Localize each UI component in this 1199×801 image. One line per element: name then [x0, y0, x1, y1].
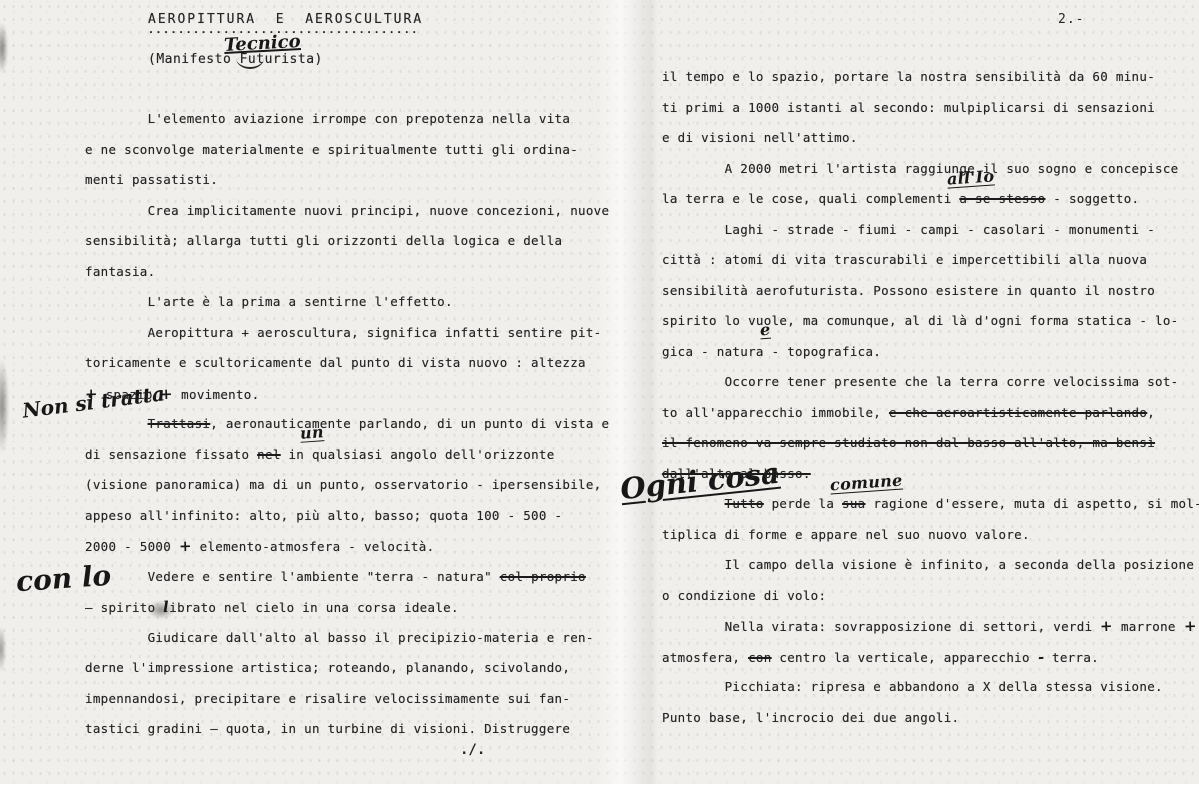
struck-text: nel — [257, 447, 280, 462]
handwritten-annotation: all'Io — [946, 161, 995, 195]
handwritten-mark: + — [84, 378, 98, 409]
typescript-line: 2000 - 5000 + elemento-atmosfera - veloc… — [85, 531, 609, 562]
typed-text: , — [1147, 405, 1155, 420]
typescript-line: e di visioni nell'attimo. — [662, 123, 1199, 154]
typescript-line: il tempo e lo spazio, portare la nostra … — [662, 62, 1199, 93]
handwritten-annotation: e — [759, 315, 772, 346]
typescript-line: Giudicare dall'alto al basso il precipiz… — [85, 623, 609, 654]
typed-text: spazio — [98, 387, 161, 402]
typescript-line: Crea implicitamente nuovi principi, nuov… — [85, 196, 609, 227]
typed-text: tastici gradini — quota, in un turbine d… — [85, 721, 570, 736]
page-number: 2.- — [1058, 12, 1084, 27]
typescript-line: o condizione di volo: — [662, 581, 1199, 612]
typed-text: la terra e le cose, quali complementi — [662, 191, 959, 206]
typed-text: Punto base, l'incrocio dei due angoli. — [662, 710, 959, 725]
typed-text: (visione panoramica) ma di un punto, oss… — [85, 477, 602, 492]
typescript-line: A 2000 metri l'artista raggiunge il suo … — [662, 154, 1199, 185]
typescript-line: derne l'impressione artistica; roteando,… — [85, 653, 609, 684]
typed-text: A 2000 metri l'artista raggiunge il suo … — [662, 161, 1179, 176]
typescript-line: Trattasi, aeronauticamente parlando, di … — [85, 409, 609, 440]
ink-smudge — [0, 626, 6, 672]
typed-text: impennandosi, precipitare e risalire vel… — [85, 691, 570, 706]
typed-text: centro la verticale, apparecchio — [772, 650, 1038, 665]
typed-text — [85, 416, 148, 431]
typed-text: ibrato nel cielo in una corsa ideale. — [169, 600, 459, 615]
typescript-line: e ne sconvolge materialmente e spiritual… — [85, 135, 609, 166]
typescript-line: fantasia. — [85, 257, 609, 288]
typed-text: o condizione di volo: — [662, 588, 826, 603]
handwritten-note-tecnico: Tecnico — [224, 31, 302, 56]
typed-text: Crea implicitamente nuovi principi, nuov… — [85, 203, 609, 218]
typed-text: - topografica. — [772, 344, 882, 359]
typed-text: fantasia. — [85, 264, 155, 279]
typescript-line: il fenomeno va sempre studiato non dal b… — [662, 428, 1199, 459]
ink-smudge — [0, 358, 9, 454]
typescript-line: Vedere e sentire l'ambiente "terra - nat… — [85, 562, 609, 593]
typed-text — [662, 496, 725, 511]
typescript-line: appeso all'infinito: alto, più alto, bas… — [85, 501, 609, 532]
handwritten-mark: + — [1100, 611, 1114, 642]
typescript-line: atmosfera, con centro la verticale, appa… — [662, 642, 1199, 673]
typescript-line: tastici gradini — quota, in un turbine d… — [85, 714, 609, 745]
typescript-line: toricamente e scultoricamente dal punto … — [85, 348, 609, 379]
handwritten-mark: + — [160, 378, 174, 409]
struck-text: e che aeroartisticamente parlando — [889, 405, 1147, 420]
handwritten-annotation: comune — [829, 465, 904, 500]
typescript-line: Occorre tener presente che la terra corr… — [662, 367, 1199, 398]
struck-text: Tutto — [725, 496, 764, 511]
typescript-line: ti primi a 1000 istanti al secondo: mulp… — [662, 93, 1199, 124]
typescript-line: Nella virata: sovrapposizione di settori… — [662, 611, 1199, 642]
typed-text: sensibilità aerofuturista. Possono esist… — [662, 283, 1155, 298]
scan-edge — [0, 784, 1199, 801]
typed-text: Vedere e sentire l'ambiente "terra - nat… — [85, 569, 500, 584]
scanned-typescript: AEROPITTURA E AEROSCULTURA .............… — [0, 0, 1199, 801]
typescript-line: Picchiata: ripresa e abbandono a X della… — [662, 672, 1199, 703]
typed-text: tiplica di forme e appare nel suo nuovo … — [662, 527, 1030, 542]
typescript-line: gica - natura e- topografica. — [662, 337, 1199, 368]
typescript-line: città : atomi di vita trascurabili e imp… — [662, 245, 1199, 276]
typescript-line: Aeropittura + aeroscultura, significa in… — [85, 318, 609, 349]
typed-text: - soggetto. — [1045, 191, 1139, 206]
page1-lines: L'elemento aviazione irrompe con prepote… — [85, 104, 609, 745]
typed-text: sensibilità; allarga tutti gli orizzonti… — [85, 233, 562, 248]
struck-text: il fenomeno va sempre studiato non dal b… — [662, 435, 1155, 450]
typescript-line: Punto base, l'incrocio dei due angoli. — [662, 703, 1199, 734]
ink-smudge — [0, 22, 8, 74]
typed-text: L'arte è la prima a sentirne l'effetto. — [85, 294, 453, 309]
struck-text: con — [748, 650, 771, 665]
typescript-line: sensibilità; allarga tutti gli orizzonti… — [85, 226, 609, 257]
typescript-line: spirito lo vuole, ma comunque, al di là … — [662, 306, 1199, 337]
typed-text: menti passatisti. — [85, 172, 218, 187]
typed-text: toricamente e scultoricamente dal punto … — [85, 355, 586, 370]
typescript-line: to all'apparecchio immobile, e che aeroa… — [662, 398, 1199, 429]
typed-text: ti primi a 1000 istanti al secondo: mulp… — [662, 100, 1155, 115]
typed-text: ragione d'essere, muta di aspetto, si mo… — [866, 496, 1199, 511]
typescript-line: — spirito librato nel cielo in una corsa… — [85, 592, 609, 623]
handwritten-annotation: un — [299, 417, 325, 449]
struck-text: Trattasi — [148, 416, 211, 431]
typescript-line: + spazio + movimento. — [85, 379, 609, 410]
typed-text: di sensazione fissato — [85, 447, 257, 462]
typed-text: Nella virata: sovrapposizione di settori… — [662, 619, 1100, 634]
typed-text: terra. — [1044, 650, 1099, 665]
typescript-line: menti passatisti. — [85, 165, 609, 196]
typescript-line: L'elemento aviazione irrompe con prepote… — [85, 104, 609, 135]
typescript-line: Laghi - strade - fiumi - campi - casolar… — [662, 215, 1199, 246]
typescript-line: la terra e le cose, quali complementi al… — [662, 184, 1199, 215]
typescript-line: impennandosi, precipitare e risalire vel… — [85, 684, 609, 715]
handwritten-mark: - — [1037, 641, 1045, 672]
handwritten-mark: + — [178, 531, 192, 562]
page2-lines: il tempo e lo spazio, portare la nostra … — [662, 62, 1199, 733]
typed-text: Picchiata: ripresa e abbandono a X della… — [662, 679, 1163, 694]
typed-text: atmosfera, — [662, 650, 748, 665]
typescript-line: Il campo della visione è infinito, a sec… — [662, 550, 1199, 581]
typed-text: — spirito — [85, 600, 163, 615]
typescript-line: sensibilità aerofuturista. Possono esist… — [662, 276, 1199, 307]
typescript-line: (visione panoramica) ma di un punto, oss… — [85, 470, 609, 501]
struck-text: col proprio — [500, 569, 586, 584]
typed-text: Occorre tener presente che la terra corr… — [662, 374, 1179, 389]
subtitle: (Manifesto Futurista) — [148, 52, 423, 67]
insertion-caret — [236, 58, 264, 69]
typed-text: derne l'impressione artistica; roteando,… — [85, 660, 570, 675]
typescript-line: L'arte è la prima a sentirne l'effetto. — [85, 287, 609, 318]
typed-text: spirito lo vuole, ma comunque, al di là … — [662, 313, 1179, 328]
typescript-line: tiplica di forme e appare nel suo nuovo … — [662, 520, 1199, 551]
typed-text: città : atomi di vita trascurabili e imp… — [662, 252, 1147, 267]
typescript-line: di sensazione fissato nel in unqualsiasi… — [85, 440, 609, 471]
typed-text: elemento-atmosfera - velocità. — [192, 539, 435, 554]
handwritten-mark: + — [1183, 611, 1197, 642]
handwritten-mark: l — [163, 592, 170, 623]
typescript-line: Tutto perde la comunesua ragione d'esser… — [662, 489, 1199, 520]
typed-text: movimento. — [173, 387, 259, 402]
typed-text: e di visioni nell'attimo. — [662, 130, 858, 145]
struck-text: dall'alto al basso. — [662, 466, 811, 481]
typed-text: qualsiasi angolo dell'orizzonte — [312, 447, 555, 462]
typed-text: marrone — [1113, 619, 1183, 634]
typed-text: Giudicare dall'alto al basso il precipiz… — [85, 630, 594, 645]
typed-text: e ne sconvolge materialmente e spiritual… — [85, 142, 578, 157]
typescript-line: dall'alto al basso. — [662, 459, 1199, 490]
typed-text: 2000 - 5000 — [85, 539, 179, 554]
typed-text: Aeropittura + aeroscultura, significa in… — [85, 325, 602, 340]
footer-mark: ./. — [460, 742, 485, 758]
typed-text: Il campo della visione è infinito, a sec… — [662, 557, 1194, 572]
typed-text: appeso all'infinito: alto, più alto, bas… — [85, 508, 562, 523]
typed-text: Laghi - strade - fiumi - campi - casolar… — [662, 222, 1155, 237]
typed-text: gica - natura — [662, 344, 772, 359]
typed-text: il tempo e lo spazio, portare la nostra … — [662, 69, 1155, 84]
typed-text: L'elemento aviazione irrompe con prepote… — [85, 111, 570, 126]
typed-text: , aeronauticamente parlando, di un punto… — [210, 416, 609, 431]
typed-text: to all'apparecchio immobile, — [662, 405, 889, 420]
